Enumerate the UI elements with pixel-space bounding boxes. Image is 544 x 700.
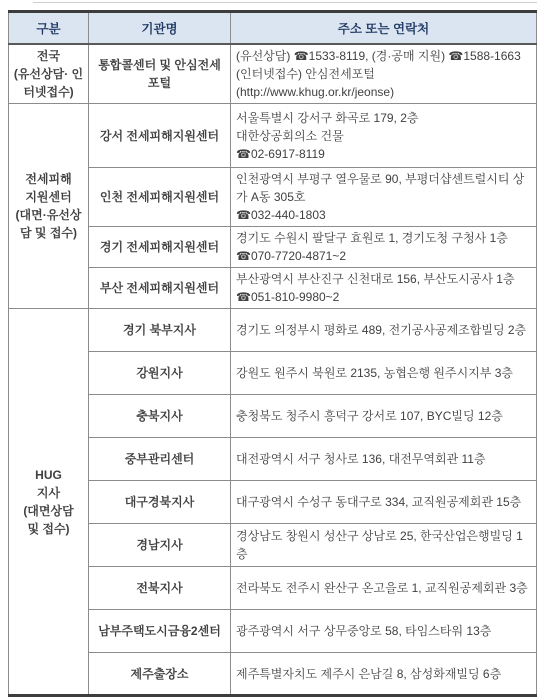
table-row: 강원지사 강원도 원주시 북원로 2135, 농협은행 원주시지부 3층	[9, 352, 537, 395]
institution-cell: 중부관리센터	[89, 438, 231, 481]
institution-cell: 전북지사	[89, 567, 231, 610]
contact-cell: 대구광역시 수성구 동대구로 334, 교직원공제회관 15층	[231, 481, 537, 524]
table-row: 경남지사 경상남도 창원시 성산구 상남로 25, 한국산업은행빌딩 1층	[9, 524, 537, 567]
document-page: 구분 기관명 주소 또는 연락처 전국 (유선상담· 인 터넷접수) 통합콜센터…	[0, 0, 544, 700]
contact-cell: (유선상담) ☎1533-8119, (경·공매 지원) ☎1588-1663 …	[231, 44, 537, 104]
contact-cell: 광주광역시 서구 상무중앙로 58, 타임스타워 13층	[231, 610, 537, 653]
institution-cell: 경기 북부지사	[89, 309, 231, 352]
contact-cell: 인천광역시 부평구 열우물로 90, 부평더샵센트럴시티 상가 A동 305호 …	[231, 168, 537, 227]
table-row: 전북지사 전라북도 전주시 완산구 온고을로 1, 교직원공제회관 3층	[9, 567, 537, 610]
table-header-row: 구분 기관명 주소 또는 연락처	[9, 12, 537, 45]
contact-cell: 전라북도 전주시 완산구 온고을로 1, 교직원공제회관 3층	[231, 567, 537, 610]
category-cell-jeonse-damage-center: 전세피해 지원센터 (대면·유선상 담 및 접수)	[9, 104, 89, 309]
institution-cell: 통합콜센터 및 안심전세포털	[89, 44, 231, 104]
table-row: 인천 전세피해지원센터 인천광역시 부평구 열우물로 90, 부평더샵센트럴시티…	[9, 168, 537, 227]
institution-cell: 부산 전세피해지원센터	[89, 268, 231, 309]
institution-cell: 강원지사	[89, 352, 231, 395]
contact-cell: 제주특별자치도 제주시 은남길 8, 삼성화재빌딩 6층	[231, 653, 537, 696]
table-row: 남부주택도시금융2센터 광주광역시 서구 상무중앙로 58, 타임스타워 13층	[9, 610, 537, 653]
table-row: 전국 (유선상담· 인 터넷접수) 통합콜센터 및 안심전세포털 (유선상담) …	[9, 44, 537, 104]
contact-cell: 대전광역시 서구 청사로 136, 대전무역회관 11층	[231, 438, 537, 481]
contact-table: 구분 기관명 주소 또는 연락처 전국 (유선상담· 인 터넷접수) 통합콜센터…	[8, 10, 537, 697]
contact-cell: 경기도 의정부시 평화로 489, 전기공사공제조합빌딩 2층	[231, 309, 537, 352]
contact-cell: 경상남도 창원시 성산구 상남로 25, 한국산업은행빌딩 1층	[231, 524, 537, 567]
contact-cell: 경기도 수원시 팔달구 효원로 1, 경기도청 구청사 1층 ☎070-7720…	[231, 227, 537, 268]
table-row: 경기 전세피해지원센터 경기도 수원시 팔달구 효원로 1, 경기도청 구청사 …	[9, 227, 537, 268]
contact-cell: 강원도 원주시 북원로 2135, 농협은행 원주시지부 3층	[231, 352, 537, 395]
institution-cell: 강서 전세피해지원센터	[89, 104, 231, 168]
column-header-contact: 주소 또는 연락처	[231, 12, 537, 45]
category-cell-hug-branch: HUG 지사 (대면상담 및 접수)	[9, 309, 89, 696]
category-cell-nationwide: 전국 (유선상담· 인 터넷접수)	[9, 44, 89, 104]
institution-cell: 제주출장소	[89, 653, 231, 696]
institution-cell: 인천 전세피해지원센터	[89, 168, 231, 227]
table-row: 전세피해 지원센터 (대면·유선상 담 및 접수) 강서 전세피해지원센터 서울…	[9, 104, 537, 168]
institution-cell: 충북지사	[89, 395, 231, 438]
institution-cell: 경남지사	[89, 524, 231, 567]
contact-cell: 부산광역시 부산진구 신천대로 156, 부산도시공사 1층 ☎051-810-…	[231, 268, 537, 309]
contact-cell: 충청북도 청주시 흥덕구 강서로 107, BYC빌딩 12층	[231, 395, 537, 438]
column-header-category: 구분	[9, 12, 89, 45]
table-row: 제주출장소 제주특별자치도 제주시 은남길 8, 삼성화재빌딩 6층	[9, 653, 537, 696]
institution-cell: 대구경북지사	[89, 481, 231, 524]
table-row: 대구경북지사 대구광역시 수성구 동대구로 334, 교직원공제회관 15층	[9, 481, 537, 524]
institution-cell: 남부주택도시금융2센터	[89, 610, 231, 653]
table-row: HUG 지사 (대면상담 및 접수) 경기 북부지사 경기도 의정부시 평화로 …	[9, 309, 537, 352]
institution-cell: 경기 전세피해지원센터	[89, 227, 231, 268]
column-header-institution: 기관명	[89, 12, 231, 45]
table-row: 충북지사 충청북도 청주시 흥덕구 강서로 107, BYC빌딩 12층	[9, 395, 537, 438]
cropped-content-divider	[33, 2, 537, 3]
table-row: 중부관리센터 대전광역시 서구 청사로 136, 대전무역회관 11층	[9, 438, 537, 481]
table-row: 부산 전세피해지원센터 부산광역시 부산진구 신천대로 156, 부산도시공사 …	[9, 268, 537, 309]
contact-cell: 서울특별시 강서구 화곡로 179, 2층 대한상공회의소 건물 ☎02-691…	[231, 104, 537, 168]
